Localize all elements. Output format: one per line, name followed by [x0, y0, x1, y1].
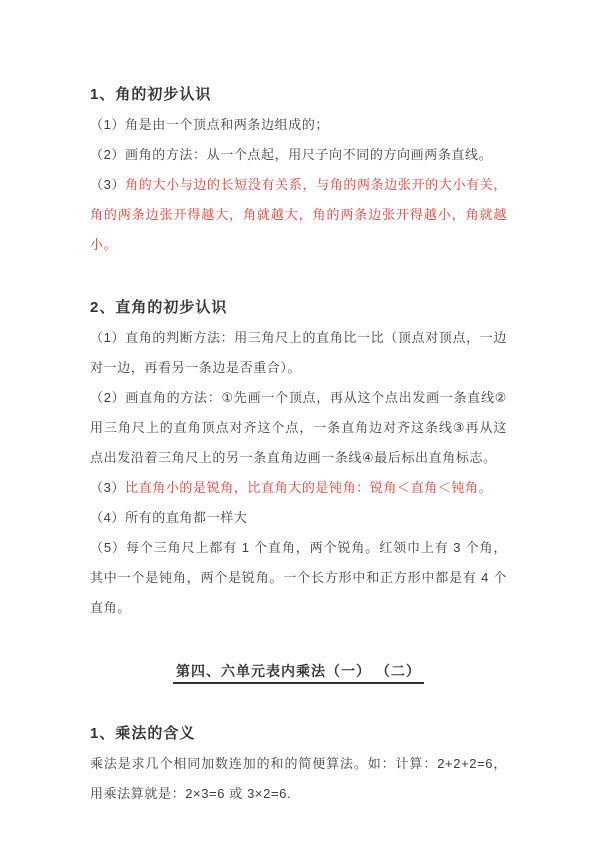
paragraph: （2）画直角的方法：①先画一个顶点，再从这个点出发画一条直线②用三角尺上的直角顶…	[90, 383, 507, 473]
text-segment: （2）画直角的方法：①先画一个顶点，再从这个点出发画一条直线②用三角尺上的直角顶…	[90, 390, 507, 465]
section-heading: 1、乘法的含义	[90, 719, 507, 749]
document-blocks: 1、角的初步认识（1）角是由一个顶点和两条边组成的；（2）画角的方法：从一个点起…	[90, 80, 507, 809]
text-segment: 1、乘法的含义	[90, 725, 195, 742]
text-segment: 乘法是求几个相同加数连加的和的简便算法。如：计算：2+2+2=6，用乘法算就是：…	[90, 756, 507, 801]
section-heading: 1、角的初步认识	[90, 80, 507, 110]
section-heading: 2、直角的初步认识	[90, 293, 507, 323]
text-segment: （4）所有的直角都一样大	[90, 510, 247, 525]
paragraph: （1）直角的判断方法：用三角尺上的直角比一比（顶点对顶点，一边对一边，再看另一条…	[90, 323, 507, 383]
text-segment: （1）角是由一个顶点和两条边组成的；	[90, 117, 329, 132]
paragraph: （1）角是由一个顶点和两条边组成的；	[90, 110, 507, 140]
text-segment: 2、直角的初步认识	[90, 299, 227, 316]
paragraph: （2）画角的方法：从一个点起，用尺子向不同的方向画两条直线。	[90, 140, 507, 170]
text-segment: （5）每个三角尺上都有 1 个直角，两个锐角。红领巾上有 3 个角，其中一个是钝…	[90, 540, 507, 615]
paragraph: （5）每个三角尺上都有 1 个直角，两个锐角。红领巾上有 3 个角，其中一个是钝…	[90, 533, 507, 623]
text-segment: 角的大小与边的长短没有关系，与角的两条边张开的大小有关，角的两条边张开得越大，角…	[90, 177, 507, 252]
text-segment: （1）直角的判断方法：用三角尺上的直角比一比（顶点对顶点，一边对一边，再看另一条…	[90, 330, 507, 375]
document-page: 1、角的初步认识（1）角是由一个顶点和两条边组成的；（2）画角的方法：从一个点起…	[0, 0, 595, 842]
paragraph: （3）角的大小与边的长短没有关系，与角的两条边张开的大小有关，角的两条边张开得越…	[90, 170, 507, 260]
text-segment: （3）	[90, 480, 125, 495]
text-segment: 比直角小的是锐角，比直角大的是钝角：锐角＜直角＜钝角。	[125, 480, 492, 495]
text-segment: 第四、六单元表内乘法（一） （二）	[173, 663, 424, 684]
paragraph: 乘法是求几个相同加数连加的和的简便算法。如：计算：2+2+2=6，用乘法算就是：…	[90, 749, 507, 809]
text-segment: （2）画角的方法：从一个点起，用尺子向不同的方向画两条直线。	[90, 147, 492, 162]
document-content: 1、角的初步认识（1）角是由一个顶点和两条边组成的；（2）画角的方法：从一个点起…	[0, 0, 595, 809]
text-segment: 1、角的初步认识	[90, 86, 211, 103]
text-segment: （3）	[90, 177, 125, 192]
paragraph: （3）比直角小的是锐角，比直角大的是钝角：锐角＜直角＜钝角。	[90, 473, 507, 503]
unit-title: 第四、六单元表内乘法（一） （二）	[90, 656, 507, 686]
paragraph: （4）所有的直角都一样大	[90, 503, 507, 533]
